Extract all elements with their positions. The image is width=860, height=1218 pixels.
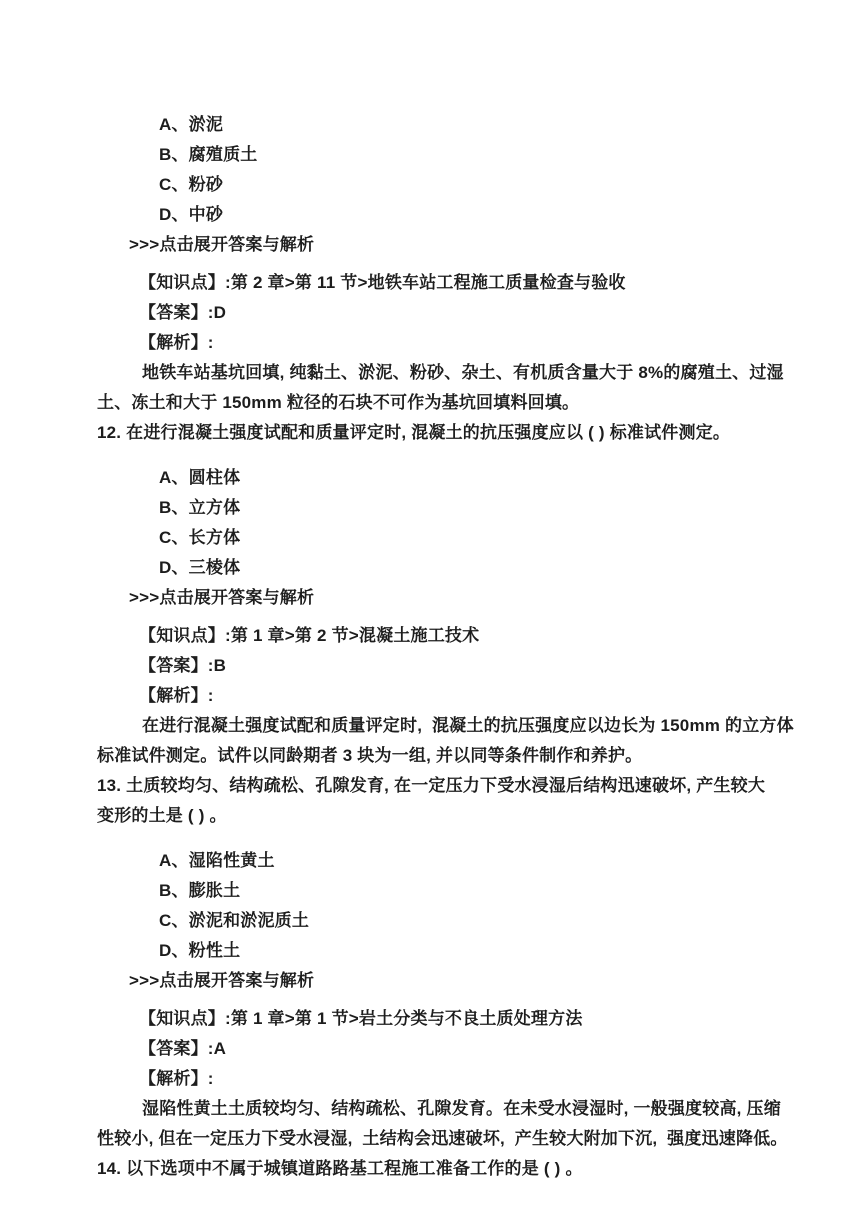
- explanation-line: 在进行混凝土强度试配和质量评定时, 混凝土的抗压强度应以边长为 150mm 的立…: [97, 711, 830, 741]
- answer-toggle[interactable]: >>>点击展开答案与解析: [97, 966, 830, 996]
- options-group: A、圆柱体B、立方体C、长方体D、三棱体: [97, 463, 830, 583]
- answer-toggle[interactable]: >>>点击展开答案与解析: [97, 583, 830, 613]
- meta-line: 【知识点】:第 1 章>第 1 节>岩土分类与不良土质处理方法: [97, 1004, 830, 1034]
- meta-line: 【知识点】:第 1 章>第 2 节>混凝土施工技术: [97, 621, 830, 651]
- explanation-line: 土、冻土和大于 150mm 粒径的石块不可作为基坑回填料回填。: [97, 388, 830, 418]
- answer-meta-group: 【知识点】:第 1 章>第 1 节>岩土分类与不良土质处理方法【答案】:A【解析…: [97, 1004, 830, 1094]
- explanation-line: 标准试件测定。试件以同龄期者 3 块为一组, 并以同等条件制作和养护。: [97, 741, 830, 771]
- explanation-line: 性较小, 但在一定压力下受水浸湿, 土结构会迅速破坏, 产生较大附加下沉, 强度…: [97, 1124, 830, 1154]
- option-line: C、长方体: [97, 523, 830, 553]
- option-line: C、淤泥和淤泥质土: [97, 906, 830, 936]
- question-line: 12. 在进行混凝土强度试配和质量评定时, 混凝土的抗压强度应以 ( ) 标准试…: [97, 418, 830, 448]
- explanation-line: 地铁车站基坑回填, 纯黏土、淤泥、粉砂、杂土、有机质含量大于 8%的腐殖土、过湿: [97, 358, 830, 388]
- meta-line: 【解析】:: [97, 681, 830, 711]
- meta-line: 【答案】:D: [97, 298, 830, 328]
- explanation-line: 湿陷性黄土土质较均匀、结构疏松、孔隙发育。在未受水浸湿时, 一般强度较高, 压缩: [97, 1094, 830, 1124]
- option-line: C、粉砂: [97, 170, 830, 200]
- question-block: 13. 土质较均匀、结构疏松、孔隙发育, 在一定压力下受水浸湿后结构迅速破坏, …: [97, 771, 830, 831]
- answer-toggle-group: >>>点击展开答案与解析: [97, 230, 830, 260]
- option-line: B、腐殖质土: [97, 140, 830, 170]
- answer-toggle[interactable]: >>>点击展开答案与解析: [97, 230, 830, 260]
- meta-line: 【答案】:A: [97, 1034, 830, 1064]
- answer-meta-group: 【知识点】:第 1 章>第 2 节>混凝土施工技术【答案】:B【解析】:: [97, 621, 830, 711]
- question-line: 变形的土是 ( ) 。: [97, 801, 830, 831]
- meta-line: 【解析】:: [97, 328, 830, 358]
- explanation-paragraph: 地铁车站基坑回填, 纯黏土、淤泥、粉砂、杂土、有机质含量大于 8%的腐殖土、过湿…: [97, 358, 830, 418]
- answer-toggle-group: >>>点击展开答案与解析: [97, 583, 830, 613]
- explanation-paragraph: 在进行混凝土强度试配和质量评定时, 混凝土的抗压强度应以边长为 150mm 的立…: [97, 711, 830, 771]
- meta-line: 【答案】:B: [97, 651, 830, 681]
- question-block: 14. 以下选项中不属于城镇道路路基工程施工准备工作的是 ( ) 。: [97, 1154, 830, 1184]
- option-line: D、中砂: [97, 200, 830, 230]
- question-line: 13. 土质较均匀、结构疏松、孔隙发育, 在一定压力下受水浸湿后结构迅速破坏, …: [97, 771, 830, 801]
- meta-line: 【解析】:: [97, 1064, 830, 1094]
- question-block: 12. 在进行混凝土强度试配和质量评定时, 混凝土的抗压强度应以 ( ) 标准试…: [97, 418, 830, 448]
- option-line: A、湿陷性黄土: [97, 846, 830, 876]
- answer-toggle-group: >>>点击展开答案与解析: [97, 966, 830, 996]
- option-line: D、三棱体: [97, 553, 830, 583]
- option-line: D、粉性土: [97, 936, 830, 966]
- document-content: A、淤泥B、腐殖质土C、粉砂D、中砂>>>点击展开答案与解析【知识点】:第 2 …: [0, 0, 860, 1184]
- options-group: A、湿陷性黄土B、膨胀土C、淤泥和淤泥质土D、粉性土: [97, 846, 830, 966]
- question-line: 14. 以下选项中不属于城镇道路路基工程施工准备工作的是 ( ) 。: [97, 1154, 830, 1184]
- meta-line: 【知识点】:第 2 章>第 11 节>地铁车站工程施工质量检查与验收: [97, 268, 830, 298]
- options-group: A、淤泥B、腐殖质土C、粉砂D、中砂: [97, 110, 830, 230]
- answer-meta-group: 【知识点】:第 2 章>第 11 节>地铁车站工程施工质量检查与验收【答案】:D…: [97, 268, 830, 358]
- option-line: B、立方体: [97, 493, 830, 523]
- option-line: B、膨胀土: [97, 876, 830, 906]
- option-line: A、圆柱体: [97, 463, 830, 493]
- document-page: A、淤泥B、腐殖质土C、粉砂D、中砂>>>点击展开答案与解析【知识点】:第 2 …: [0, 0, 860, 1218]
- explanation-paragraph: 湿陷性黄土土质较均匀、结构疏松、孔隙发育。在未受水浸湿时, 一般强度较高, 压缩…: [97, 1094, 830, 1154]
- option-line: A、淤泥: [97, 110, 830, 140]
